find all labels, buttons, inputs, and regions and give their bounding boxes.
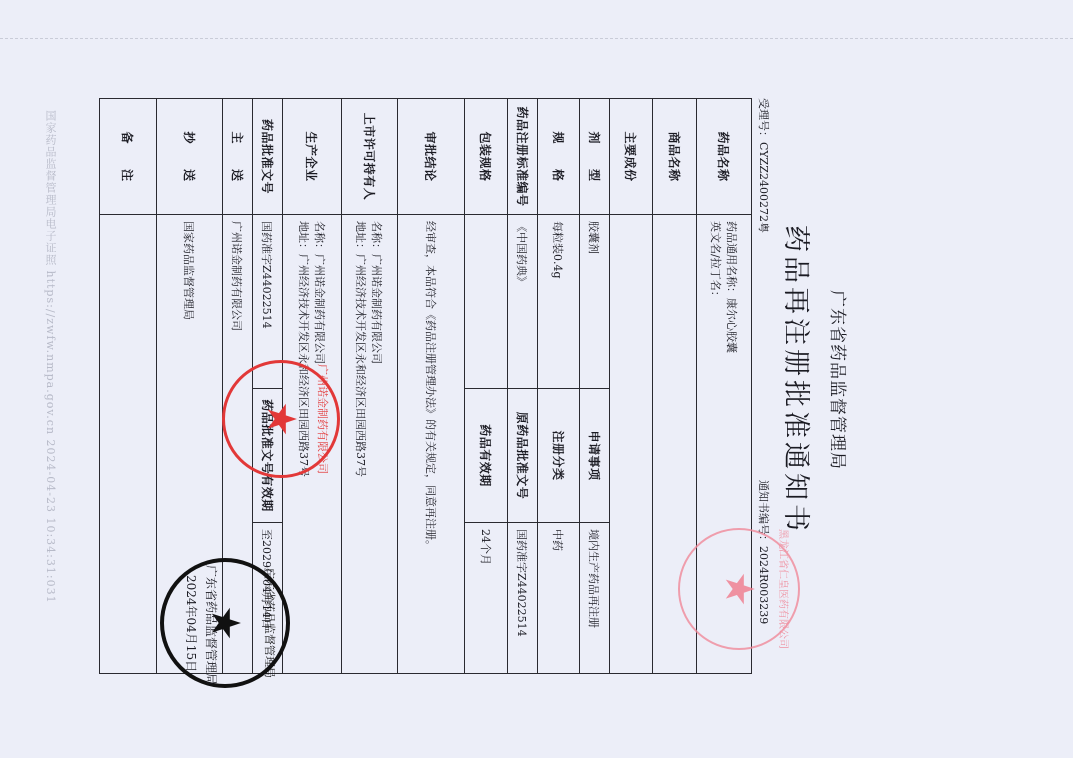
mah-address: 地址：广州经济技术开发区永和经济区田园西路37号 [354,221,370,667]
main-recipient-label: 主 送 [223,99,253,215]
row-spec: 规 格 每粒装0.4g 注册分类 中药 [538,99,580,674]
manufacturer-label: 生产企业 [283,99,342,215]
application-label: 申请事项 [580,389,610,523]
authority-seal: ★ 广东省药品监督管理局 [160,558,290,688]
dosage-form-label: 剂 型 [580,99,610,215]
validity-value: 24个月 [465,523,508,674]
conclusion-value: 经审查，本品符合《药品注册管理办法》的有关规定，同意再注册。 [398,215,465,674]
acceptance-number: 受理号：CYZZ2400272粤 [756,98,772,233]
package-label: 包装规格 [465,99,508,215]
orig-approval-label: 原药品批准文号 [508,389,538,523]
spec-label: 规 格 [538,99,580,215]
application-value: 境内生产药品再注册 [580,523,610,674]
star-icon: ★ [261,401,301,437]
remarks-value [100,215,157,674]
remarks-label: 备 注 [100,99,157,215]
reg-class-value: 中药 [538,523,580,674]
row-mah: 上市许可持有人 名称：广州诺金制药有限公司 地址：广州经济技术开发区永和经济区田… [342,99,398,674]
standard-value: 《中国药典》 [508,215,538,389]
mah-value: 名称：广州诺金制药有限公司 地址：广州经济技术开发区永和经济区田园西路37号 [342,215,398,674]
ingredients-value [610,215,653,674]
row-package: 包装规格 药品有效期 24个月 [465,99,508,674]
row-conclusion: 审批结论 经审查，本品符合《药品注册管理办法》的有关规定，同意再注册。 [398,99,465,674]
standard-label: 药品注册标准编号 [508,99,538,215]
mah-label: 上市许可持有人 [342,99,398,215]
row-dosage-form: 剂 型 胶囊剂 申请事项 境内生产药品再注册 [580,99,610,674]
trade-name-label: 商品名称 [653,99,697,215]
star-icon: ★ [719,571,759,607]
hospital-seal: ★ 黑龙江省仁皇医药有限公司 [678,528,800,650]
hospital-seal-text: 黑龙江省仁皇医药有限公司 [777,529,792,649]
dosage-form-value: 胶囊剂 [580,215,610,389]
signoff-date: 2024年04月15日 [183,575,200,672]
authority-seal-text: 广东省药品监督管理局 [262,568,278,678]
row-remarks: 备 注 [100,99,157,674]
reg-class-label: 注册分类 [538,389,580,523]
mah-name: 名称：广州诺金制药有限公司 [370,221,386,667]
e-license-watermark: 国家药品监督管理局电子证照 https://zwfw.nmpa.gov.cn 2… [38,110,58,670]
orig-approval-value: 国药准字Z44022514 [508,523,538,674]
conclusion-label: 审批结论 [398,99,465,215]
approval-no-label: 药品批准文号 [253,99,283,215]
company-seal-text: 广州诺金制药有限公司 [315,364,331,474]
package-value [465,215,508,389]
approval-notice-page: 广东省药品监督管理局 药品再注册批准通知书 受理号：CYZZ2400272粤 通… [150,60,870,700]
row-ingredients: 主要成份 [610,99,653,674]
validity-label: 药品有效期 [465,389,508,523]
ingredients-label: 主要成份 [610,99,653,215]
issuing-authority: 广东省药品监督管理局 [827,60,852,700]
company-seal: ★ 广州诺金制药有限公司 [222,360,340,478]
signoff-authority: 广东省药品监督管理局 [203,565,220,685]
row-standard: 药品注册标准编号 《中国药典》 原药品批准文号 国药准字Z44022514 [508,99,538,674]
spec-value: 每粒装0.4g [538,215,580,389]
drug-name-label: 药品名称 [697,99,752,215]
scan-edge [0,38,1073,40]
cc-label: 抄 送 [157,99,223,215]
